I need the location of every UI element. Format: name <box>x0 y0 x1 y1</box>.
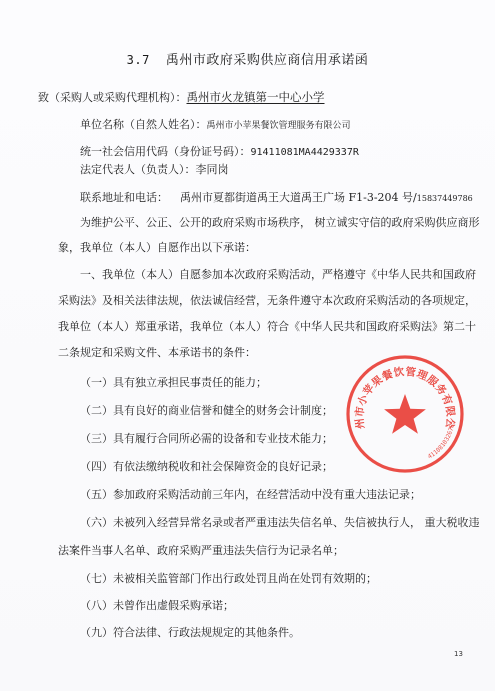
commitment-one-line-3: 我单位（本人）郑重承诺，我单位（本人）符合《中华人民共和国政府采购法》第二十 <box>58 320 476 334</box>
condition-9: （九）符合法律、行政法规规定的其他条件。 <box>80 626 300 640</box>
seal-code-text: 4110810326785 <box>427 420 457 461</box>
recipient-label: 致（采购人或采购代理机构）： <box>38 91 187 104</box>
condition-8: （八）未曾作出虚假采购承诺； <box>80 599 234 613</box>
commitment-one-line-4: 二条规定和采购文件、本承诺书的条件： <box>58 346 256 360</box>
field-label: 法定代表人（负责人）： <box>80 163 196 176</box>
section-number: 3.7 <box>127 53 150 67</box>
svg-text:4110810326785: 4110810326785 <box>427 420 457 461</box>
condition-6-line-2: 法案件当事人名单、政府采购严重违法失信行为记录名单； <box>58 544 344 558</box>
intro-line-2: 象，我单位（本人）自愿作出以下承诺： <box>58 241 256 255</box>
condition-4: （四）有依法缴纳税收和社会保障资金的良好记录； <box>80 460 333 474</box>
condition-7: （七）未被相关监管部门作出行政处罚且尚在处罚有效期的； <box>80 572 377 586</box>
recipient-line: 致（采购人或采购代理机构）：禹州市火龙镇第一中心小学 <box>38 90 325 105</box>
intro-line-1: 为维护公平、公正、公开的政府采购市场秩序， 树立诚实守信的政府采购供应商形 <box>80 216 480 230</box>
commitment-one-line-2: 采购法》及相关法律法规，依法诚信经营，无条件遵守本次政府采购活动的各项规定， <box>58 294 476 308</box>
condition-1: （一）具有独立承担民事责任的能力； <box>80 376 267 390</box>
document-page: 3.7禹州市政府采购供应商信用承诺函 致（采购人或采购代理机构）：禹州市火龙镇第… <box>0 0 495 691</box>
field-label: 统一社会信用代码（身份证号码）： <box>80 145 251 158</box>
page-number: 13 <box>454 650 463 658</box>
condition-3: （三）具有履行合同所必需的设备和专业技术能力； <box>80 432 333 446</box>
field-credit-code: 统一社会信用代码（身份证号码）：91411081MA4429337R <box>80 145 359 160</box>
field-value: 禹州市夏都街道禹王大道禹王广场 F1-3-204 号/ <box>180 191 417 204</box>
field-company-name: 单位名称（自然人姓名）：禹州市小苹果餐饮管理服务有限公司 <box>80 118 351 133</box>
title-text: 禹州市政府采购供应商信用承诺函 <box>166 53 369 68</box>
commitment-one-line-1: 一、我单位（本人）自愿参加本次政府采购活动，严格遵守《中华人民共和国政府 <box>80 268 476 282</box>
condition-5: （五）参加政府采购活动前三年内，在经营活动中没有重大违法记录； <box>80 488 421 502</box>
company-seal-icon: 禹州市小苹果餐饮管理服务有限公司 4110810326785 <box>343 352 467 476</box>
field-label: 单位名称（自然人姓名）： <box>80 118 207 131</box>
field-value: 91411081MA4429337R <box>251 147 359 158</box>
field-value: 李同岗 <box>196 163 229 176</box>
field-value: 禹州市小苹果餐饮管理服务有限公司 <box>207 121 351 131</box>
recipient-value: 禹州市火龙镇第一中心小学 <box>187 90 325 104</box>
field-legal-representative: 法定代表人（负责人）：李同岗 <box>80 163 229 177</box>
field-label: 联系地址和电话： <box>80 191 168 204</box>
field-contact: 联系地址和电话：禹州市夏都街道禹王大道禹王广场 F1-3-204 号/15837… <box>80 191 473 206</box>
document-title: 3.7禹州市政府采购供应商信用承诺函 <box>0 49 495 68</box>
condition-6-line-1: （六）未被列入经营异常名录或者严重违法失信名单、失信被执行人， 重大税收违 <box>80 516 480 530</box>
field-phone: 15837449786 <box>417 194 473 203</box>
condition-2: （二）具有良好的商业信誉和健全的财务会计制度； <box>80 404 333 418</box>
